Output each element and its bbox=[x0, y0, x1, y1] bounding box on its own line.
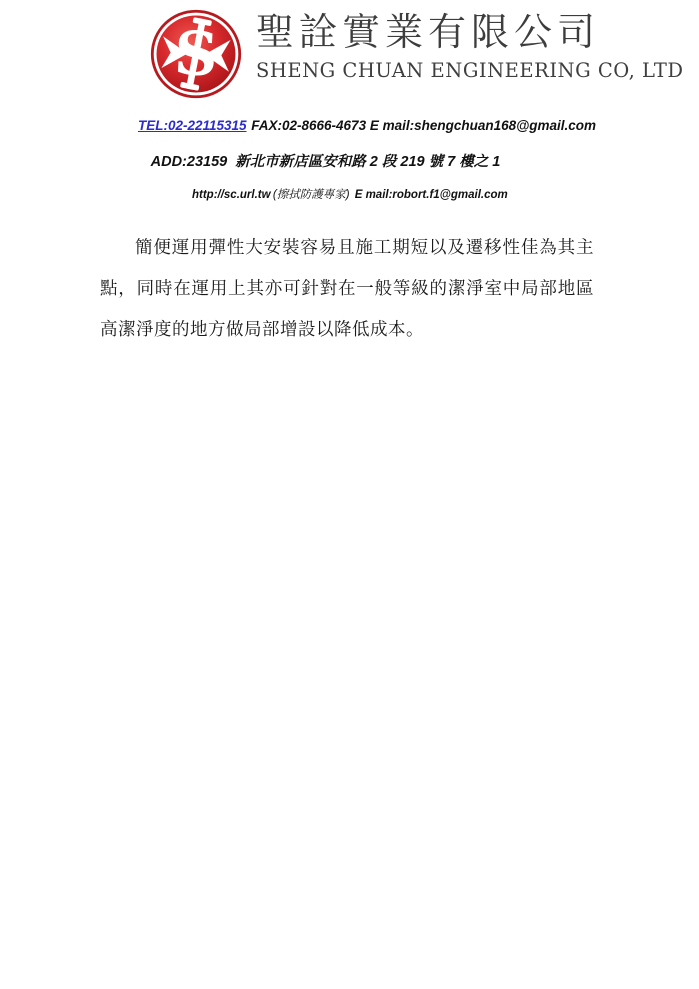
tel-link[interactable]: TEL:02-22115315 bbox=[138, 118, 247, 133]
letterhead: S 聖詮實業有限公司 SHENG CHUAN ENGINEERING CO, L… bbox=[148, 0, 699, 101]
contact-line-address: ADD:23159 新北市新店區安和路 2 段 219 號 7 樓之 1 bbox=[0, 150, 675, 171]
body-paragraph: 簡便運用彈性大安裝容易且施工期短以及遷移性佳為其主要特 點，同時在運用上其亦可針… bbox=[100, 227, 594, 350]
fax-email-text: FAX:02-8666-4673 E mail:shengchuan168@gm… bbox=[251, 118, 596, 133]
company-name-zh: 聖詮實業有限公司 bbox=[256, 12, 684, 55]
contact-line-tel-fax: TEL:02-22115315FAX:02-8666-4673 E mail:s… bbox=[10, 103, 699, 148]
email-secondary: E mail:robort.f1@gmail.com bbox=[355, 189, 508, 201]
website-url: http://sc.url.tw bbox=[192, 189, 271, 201]
paragraph-line-3: 高潔淨度的地方做局部增設以降低成本。 bbox=[100, 309, 594, 350]
document-page: { "header": { "company_name_zh": "聖詮實業有限… bbox=[0, 0, 699, 989]
svg-text:S: S bbox=[172, 19, 219, 91]
website-tagline: (擦拭防護專家) bbox=[273, 189, 350, 201]
paragraph-line-2: 點，同時在運用上其亦可針對在一般等級的潔淨室中局部地區需要 bbox=[100, 268, 594, 309]
paragraph-line-1: 簡便運用彈性大安裝容易且施工期短以及遷移性佳為其主要特 bbox=[100, 227, 594, 268]
company-name-block: 聖詮實業有限公司 SHENG CHUAN ENGINEERING CO, LTD bbox=[256, 7, 684, 82]
contact-block: TEL:02-22115315FAX:02-8666-4673 E mail:s… bbox=[0, 103, 699, 214]
company-logo-icon: S bbox=[148, 7, 244, 101]
contact-line-web: http://sc.url.tw(擦拭防護專家)E mail:robort.f1… bbox=[0, 174, 693, 214]
company-name-en: SHENG CHUAN ENGINEERING CO, LTD bbox=[256, 59, 684, 82]
